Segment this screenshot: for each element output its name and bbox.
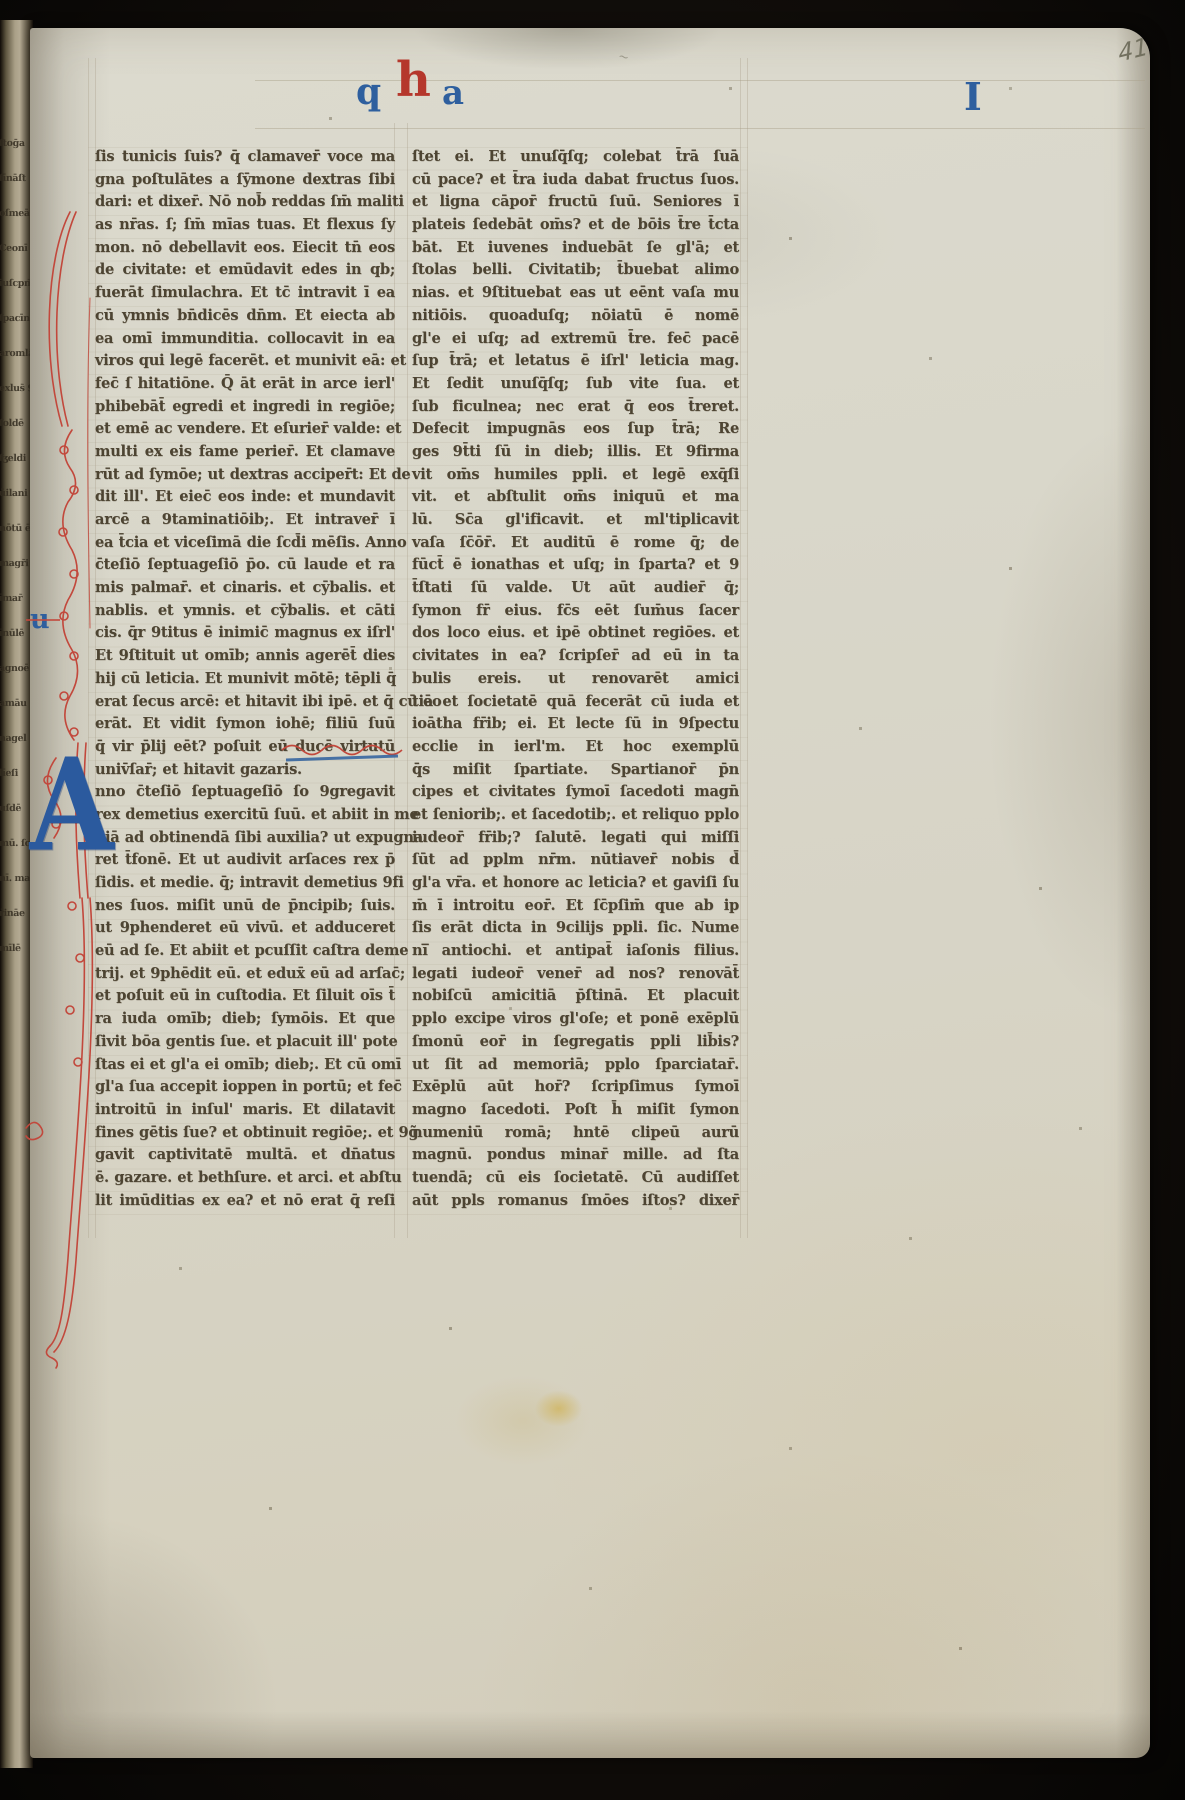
ruling-vert-5 [740,58,741,1238]
text-line: nias. et 9ſtituebat eas ut eēnt vaſa mu [412,282,739,305]
edge-text-fragment: fīnāſt [0,173,33,184]
text-line: et emē ac vendere. Et eſurier̄ valde: et [95,418,395,441]
text-line: fuerāt ſimulachra. Et tc̄ intravit ī ea [95,282,395,305]
text-line: cis. q̄r 9titus ē inimic̄ magnus ex iſrl… [95,622,395,645]
text-line: ſup t̄rā; et letatus ē iſrl' leticia mag… [412,350,739,373]
text-line: c̄teſiō ſeptuageſiō p̄o. cū laude et ra [95,554,395,577]
text-line: pplo excipe viros gl'oſe; et ponē exēplū [412,1008,739,1031]
text-line: gl'a vr̄a. et honore ac leticia? et gavi… [412,872,739,895]
text-line: dos loco eius. et ipē obtinet regiōes. e… [412,622,739,645]
parchment-page: q h a I 41 ~ [30,28,1150,1758]
text-line: mis palmar̄. et cinaris. et cȳbalis. et [95,577,395,600]
text-line: ſymon fr̄ eius. fc̄s eēt ſum̄us ſacer [412,600,739,623]
text-line: Et ſedit unuſq̄ſq; ſub vite ſua. et [412,373,739,396]
text-line: fec̄ ſ hitatiōne. Q̄ āt erāt in arce ier… [95,373,395,396]
text-line: ecclie in ierl'm. Et hoc exemplū [412,736,739,759]
text-line: erat ſecus arcē: et hitavit ibi ipē. et … [95,691,395,714]
text-line: numeniū romā; hntē clipeū aurū [412,1122,739,1145]
text-line: ut ſit ad memoriā; pplo ſparciatar̄. [412,1054,739,1077]
text-line: dari: et dixer̄. Nō nob̄ reddas ſm̄ mali… [95,191,395,214]
text-line: dit ill'. Et eiec̄ eos inde: et mundavit [95,486,395,509]
text-line: ut 9phenderet eū vivū. et adduceret [95,917,395,940]
text-line: ſivit bōa gentis ſue. et placuit ill' po… [95,1031,395,1054]
text-line: Defecit impugnās eos ſup t̄rā; Re [412,418,739,441]
pencil-mark: ~ [616,49,630,66]
text-line: ea omī immunditia. collocavit in ea [95,328,395,351]
text-line: ſtolas belli. Civitatib; t̄buebat alimo [412,259,739,282]
margin-paraph: u [30,606,50,633]
text-line: tuendā; cū eis ſocietatē. Cū audiſſet [412,1167,739,1190]
text-line: nes ſuos. miſit unū de p̄ncipib; ſuis. [95,895,395,918]
text-line: gl'a ſua accepit ioppen in portū; et fec… [95,1076,395,1099]
text-line: et ſeniorib;. et ſacedotib;. et reliquo … [412,804,739,827]
text-line: cipes et civitates ſymoī ſacedoti magn̄ [412,781,739,804]
text-line: ſtas ei et gl'a ei omīb; dieb;. Et cū om… [95,1054,395,1077]
text-column-right: ſtet ei. Et unuſq̄ſq; colebat t̄rā ſuācū… [412,146,739,1212]
text-line: as nr̄as. ſ; ſm̄ mīas tuas. Et flexus ſy [95,214,395,237]
text-line: lit imūditias ex ea? et nō erat q̄ reſi [95,1190,395,1213]
text-line: et ligna cāpor̄ fructū ſuū. Seniores ī [412,191,739,214]
text-line: magno ſacedoti. Poſt h̄ miſit ſymon [412,1099,739,1122]
text-line: gavit captivitatē multā. et dn̄atus [95,1144,395,1167]
text-line: fines gētis ſue? et obtinuit regiōe;. et… [95,1122,395,1145]
text-line: bāt. Et iuvenes induebāt ſe gl'ā; et [412,237,739,260]
text-line: civitates in ea? ſcripſer̄ ad eū in ta [412,645,739,668]
text-line: Et 9ſtituit ut omīb; annis agerēt̄ dies [95,645,395,668]
running-title-letter-3: a [442,76,464,110]
text-line: m̄ ī introitu eor̄. Et ſc̄pſim̄ que ab i… [412,895,739,918]
book-numeral: I [964,78,982,116]
ruling-header-line-2 [255,128,1145,129]
text-line: magnū. pondus minar̄ mille. ad ſta [412,1144,739,1167]
text-line: ſmonū eor̄ in ſegregatis ppli lib̄is? [412,1031,739,1054]
text-line: nitiōis. quoaduſq; nōiatū ē nomē [412,305,739,328]
text-line: vit. et abſtulit om̄s iniquū et ma [412,486,739,509]
text-line: fūct̄ ē ionathas et uſq; in ſparta? et 9 [412,554,739,577]
text-line: ſtet ei. Et unuſq̄ſq; colebat t̄rā ſuā [412,146,739,169]
text-line: rex demetius exercitū ſuū. et abiit in m… [95,804,395,827]
text-line: arcē a 9taminatiōib;. Et intraver̄ ī [95,509,395,532]
running-title-letter-2: h [396,56,431,104]
text-line: cū pace? et t̄ra iuda dabat fructus ſuos… [412,169,739,192]
text-line: q̄s miſit ſpartiate. Spartianor̄ p̄n [412,759,739,782]
ruling-vert-6 [747,58,748,1238]
edge-text-fragment: ſtoḡa [0,138,33,149]
text-line: bulis ereis. ut renovarēt amici [412,668,739,691]
text-line: gl'e ei uſq; ad extremū t̄re. fec̄ pacē [412,328,739,351]
text-line: plateis ſedebāt om̄s? et de bōis t̄re t̄… [412,214,739,237]
text-line: legati iudeor̄ vener̄ ad nos? renovāt̄ [412,963,739,986]
text-line: iudeor̄ fr̄ib;? ſalutē. legati qui miſſi [412,827,739,850]
text-line: ra iuda omīb; dieb; ſymōis. Et que [95,1008,395,1031]
text-line: rūt ad ſymōe; ut dextras acciper̄t: Et d… [95,464,395,487]
text-line: ges 9t̄ti ſū in dieb; illis. Et 9firma [412,441,739,464]
text-line: ea t̄cia et viceſimā die ſcd̄i mēſis. An… [95,532,395,555]
text-line: cū ymnis bn̄dicēs dn̄m. Et eiecta ab [95,305,395,328]
line-filler-flourish [280,740,410,766]
text-line: trij. et 9phēdit eū. et edux̄ eū ad arſa… [95,963,395,986]
text-line: aūt ppls romanus ſmōes iſtos? dixer̄ [412,1190,739,1213]
running-title-letter-1: q [356,74,381,110]
text-line: ſūt ad pplm nr̄m. nūtiaver̄ nobis d̄ [412,849,739,872]
text-line: ret t̄fonē. Et ut audivit arſaces rex p̄ [95,849,395,872]
text-line: vaſa ſc̄ōr̄. Et auditū ē rome q̄; de [412,532,739,555]
text-line: ſidis. et medie. q̄; intravit demetius 9… [95,872,395,895]
text-line: erāt. Et vidit ſymon iohē; filiū ſuū [95,713,395,736]
text-line: phibebāt̄ egredi et ingredi in regiōe; [95,396,395,419]
text-line: tiā et ſocietatē quā fecerāt cū iuda et [412,691,739,714]
chapter-initial: A [30,741,114,868]
text-line: nno c̄teſiō ſeptuageſiō ſo 9gregavit [95,781,395,804]
ruling-header-line-1 [255,80,1145,81]
text-line: ſis erāt dicta in 9cilijs ppli. ſic. Num… [412,917,739,940]
text-line: gna poſtulātes a ſȳmone dextras ſibi [95,169,395,192]
text-line: viros qui legē facerēt. et munivit eā: e… [95,350,395,373]
text-column-left: ſis tunicis ſuis? q̄ clamaver̄ voce magn… [95,146,395,1212]
text-line: Exēplū aūt hor̄? ſcripſimus ſymoī [412,1076,739,1099]
text-line: nablis. et ymnis. et cȳbalis. et cāti [95,600,395,623]
speckles-decoration [30,28,31,29]
text-line: ſis tunicis ſuis? q̄ clamaver̄ voce ma [95,146,395,169]
text-line: de civitate: et emūdavit edes in qb; [95,259,395,282]
text-line: nobiſcū amicitiā p̄ſtinā. Et placuit [412,985,739,1008]
text-line: t̄ſtati ſū valde. Ut aūt audier̄ q̄; [412,577,739,600]
ruling-vert-4 [407,123,408,1238]
text-line: ē. gazare. et bethſure. et arci. et abſt… [95,1167,395,1190]
text-line: ioātha fr̄ib; ei. Et lecte ſū in 9ſpectu [412,713,739,736]
text-line: ni̅ antiochi. et antipat̄ iaſonis filius… [412,940,739,963]
text-line: mon. nō debellavit eos. Eiecit tn̄ eos [95,237,395,260]
text-line: diā ad obtinendā ſibi auxilia? ut expugn… [95,827,395,850]
text-line: multi ex eis fame perier̄. Et clamave [95,441,395,464]
text-line: vit om̄s humiles ppli. et legē exq̄ſi [412,464,739,487]
text-line: et poſuit eū in cuſtodia. Et ſiluit oīs … [95,985,395,1008]
text-line: lū. Sc̄a gl'ificavit. et ml'tiplicavit [412,509,739,532]
text-line: introitū in inſul' maris. Et dilatavit [95,1099,395,1122]
folio-number: 41 [1117,32,1150,68]
text-line: ſub ficulnea; nec erat q̄ eos t̄reret. [412,396,739,419]
text-line: hij cū leticia. Et munivit mōtē; tēpli q… [95,668,395,691]
text-line: eū ad ſe. Et abiit et pcuſſit caſtra dem… [95,940,395,963]
